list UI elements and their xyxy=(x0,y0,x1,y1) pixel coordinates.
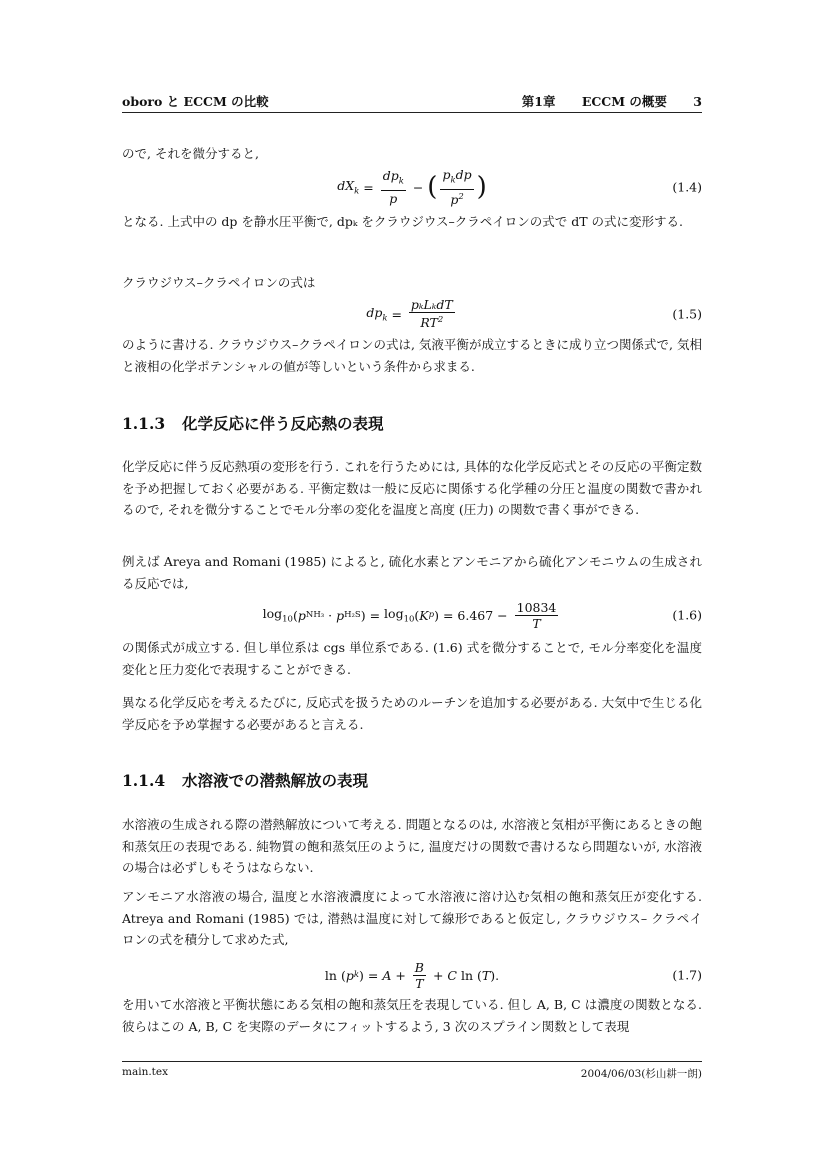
running-head-right: 第1章 ECCM の概要 3 xyxy=(500,92,702,110)
section-heading-1-1-3: 1.1.3化学反応に伴う反応熱の表現 xyxy=(122,412,384,434)
paragraph: となる. 上式中の dp を静水圧平衡で, dpₖ をクラウジウス–クラペイロン… xyxy=(122,211,702,233)
paragraph: の関係式が成立する. 但し単位系は cgs 単位系である. (1.6) 式を微分… xyxy=(122,637,702,680)
equation-1-6: log10 (pNH₃ · pH₂S) = log10 (Kp) = 6.467… xyxy=(122,598,702,632)
chapter-label: 第1章 xyxy=(522,94,556,109)
header-rule xyxy=(122,112,702,113)
equation-number: (1.7) xyxy=(672,968,702,983)
running-head-left: oboro と ECCM の比較 xyxy=(122,92,269,110)
equation-1-7: ln (pk) = A + BT + C ln (T). (1.7) xyxy=(122,958,702,992)
equation-1-5: dpk = pₖLₖdTRT2 (1.5) xyxy=(122,297,702,331)
paragraph: 異なる化学反応を考えるたびに, 反応式を扱うためのルーチンを追加する必要がある.… xyxy=(122,692,702,735)
footer-filename: main.tex xyxy=(122,1066,168,1081)
equation-number: (1.6) xyxy=(672,608,702,623)
paragraph: ので, それを微分すると, xyxy=(122,143,702,165)
footer-rule xyxy=(122,1061,702,1062)
paragraph: クラウジウス–クラペイロンの式は xyxy=(122,272,702,294)
paragraph: アンモニア水溶液の場合, 温度と水溶液濃度によって水溶液に溶け込む気相の飽和蒸気… xyxy=(122,886,702,951)
paragraph: を用いて水溶液と平衡状態にある気相の飽和蒸気圧を表現している. 但し A, B,… xyxy=(122,994,702,1037)
paragraph: 水溶液の生成される際の潜熱解放について考える. 問題となるのは, 水溶液と気相が… xyxy=(122,814,702,879)
page-number: 3 xyxy=(693,94,702,109)
equation-number: (1.4) xyxy=(672,180,702,195)
equation-number: (1.5) xyxy=(672,307,702,322)
paragraph: 化学反応に伴う反応熱項の変形を行う. これを行うためには, 具体的な化学反応式と… xyxy=(122,456,702,521)
paragraph: のように書ける. クラウジウス–クラペイロンの式は, 気液平衡が成立するときに成… xyxy=(122,334,702,377)
chapter-title: ECCM の概要 xyxy=(582,94,667,109)
equation-1-4: dXk = dpkp − ( pkdpp2 ) (1.4) xyxy=(122,170,702,204)
section-heading-1-1-4: 1.1.4水溶液での潜熱解放の表現 xyxy=(122,769,368,791)
running-head: oboro と ECCM の比較 第1章 ECCM の概要 3 xyxy=(122,92,702,110)
paragraph: 例えば Areya and Romani (1985) によると, 硫化水素とア… xyxy=(122,551,702,594)
footer: main.tex 2004/06/03(杉山耕一朗) xyxy=(122,1066,702,1081)
footer-date-author: 2004/06/03(杉山耕一朗) xyxy=(581,1066,702,1081)
